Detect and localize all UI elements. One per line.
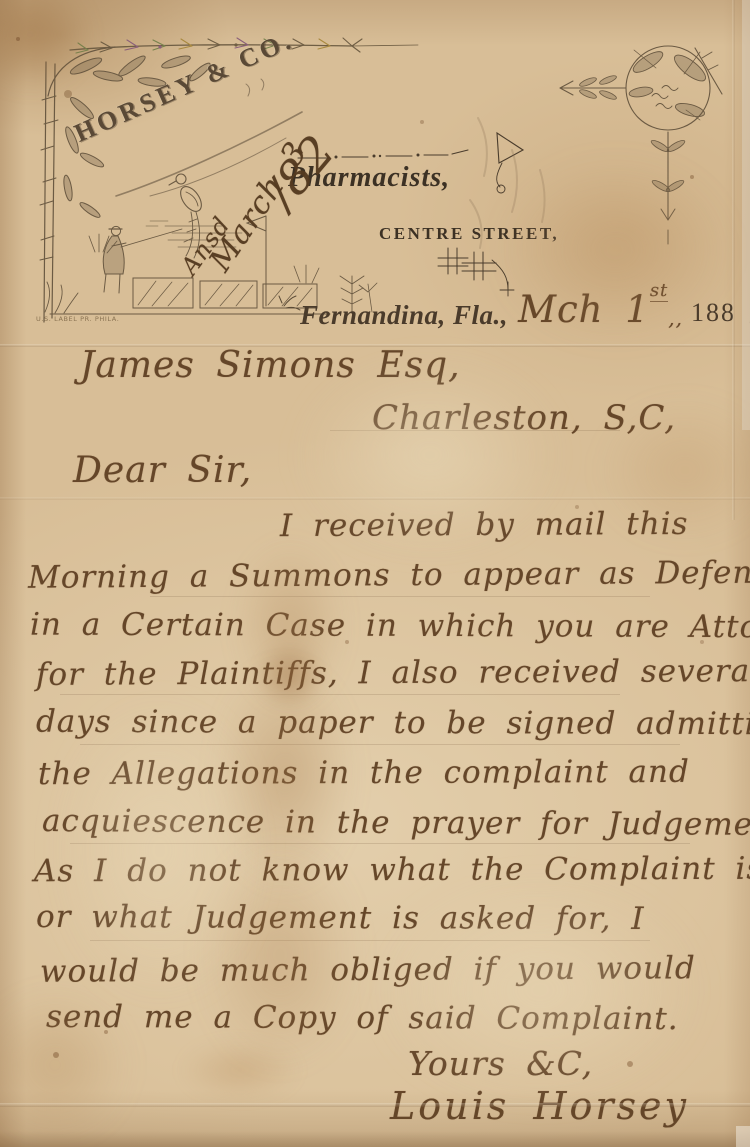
recipient-city: Charleston, S,C,: [372, 398, 676, 438]
letter-page: HORSEY & CO. Pharmacists, CENTRE STREET,…: [0, 0, 750, 1147]
dateline: Fernandina, Fla., Mch 1 st ,, 188 2: [300, 288, 750, 331]
dateline-place: Fernandina, Fla.,: [300, 300, 508, 331]
body-line: days since a paper to be signed admittin…: [36, 704, 750, 743]
dateline-separator: ,,: [668, 306, 683, 330]
dateline-ordinal: st: [650, 280, 668, 302]
corner-sliver: [736, 1126, 750, 1147]
guide-rule: [80, 744, 680, 745]
body-line: I received by mail this: [280, 506, 689, 544]
dateline-month-day: Mch 1: [518, 288, 650, 331]
salutation: Dear Sir,: [73, 450, 252, 491]
body-line: acquiescence in the prayer for Judgement…: [42, 803, 750, 843]
body-line: or what Judgement is asked for, I: [36, 899, 645, 937]
bottom-edge-shadow: [0, 1131, 750, 1147]
globe-birds-icon: [560, 46, 722, 244]
body-line: in a Certain Case in which you are Attor…: [30, 607, 750, 646]
body-line: the Allegations in the complaint and: [38, 754, 690, 792]
fold-crease: [0, 497, 750, 500]
printer-credit: U.S. LABEL PR. PHILA.: [36, 315, 119, 323]
body-line: would be much obliged if you would: [40, 950, 696, 989]
signature: Louis Horsey: [390, 1084, 689, 1128]
dateline-year-printed: 188: [691, 298, 736, 328]
guide-rule: [90, 940, 650, 941]
valediction: Yours &C,: [408, 1044, 593, 1083]
stain: [180, 1040, 300, 1100]
guide-rule: [70, 843, 690, 844]
body-line: for the Plaintiffs, I also received seve…: [36, 653, 750, 693]
body-line: send me a Copy of said Complaint.: [46, 999, 679, 1037]
body-line: Morning a Summons to appear as Defendant: [28, 554, 750, 596]
recipient-name: James Simons Esq,: [80, 345, 461, 386]
body-line: As I do not know what the Complaint is,: [34, 851, 750, 890]
guide-rule: [150, 596, 650, 597]
guide-rule: [60, 694, 620, 695]
street-label: CENTRE STREET,: [379, 224, 559, 244]
